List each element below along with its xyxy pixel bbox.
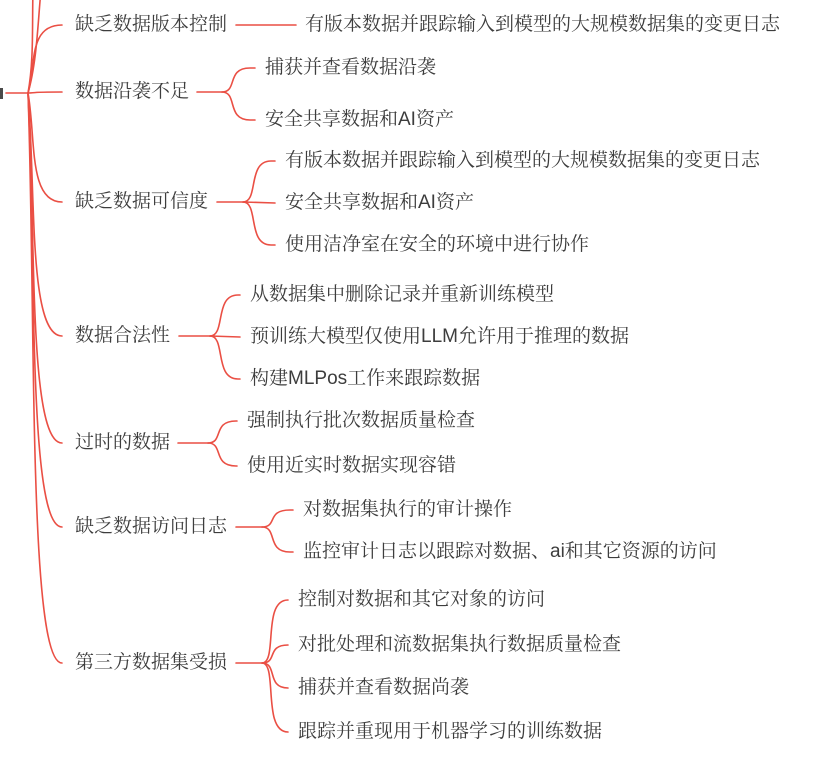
- subtopic[interactable]: 有版本数据并跟踪输入到模型的大规模数据集的变更日志: [285, 150, 760, 172]
- subtopic[interactable]: 使用洁净室在安全的环境中进行协作: [285, 234, 589, 256]
- subtopic[interactable]: 控制对数据和其它对象的访问: [298, 589, 545, 611]
- subtopic[interactable]: 从数据集中删除记录并重新训练模型: [250, 284, 554, 306]
- subtopic[interactable]: 捕获并查看数据尚袭: [298, 677, 469, 699]
- branch-topic-data-lineage[interactable]: 数据沿袭不足: [75, 81, 189, 103]
- subtopic[interactable]: 强制执行批次数据质量检查: [247, 410, 475, 432]
- subtopic[interactable]: 安全共享数据和AI资产: [285, 192, 474, 214]
- branch-topic-data-legality[interactable]: 数据合法性: [75, 325, 170, 347]
- subtopic[interactable]: 对批处理和流数据集执行数据质量检查: [298, 634, 621, 656]
- branch-5-connectors: [178, 421, 237, 466]
- branch-topic-third-party-dataset[interactable]: 第三方数据集受损: [75, 652, 227, 674]
- subtopic[interactable]: 构建MLPos工作来跟踪数据: [250, 368, 480, 390]
- subtopic[interactable]: 安全共享数据和AI资产: [265, 109, 454, 131]
- branch-7-connectors: [236, 600, 288, 732]
- branch-topic-data-version-control[interactable]: 缺乏数据版本控制: [75, 14, 227, 36]
- branch-topic-outdated-data[interactable]: 过时的数据: [75, 432, 170, 454]
- root-node-fragment[interactable]: [0, 88, 3, 99]
- subtopic[interactable]: 跟踪并重现用于机器学习的训练数据: [298, 721, 602, 743]
- subtopic[interactable]: 捕获并查看数据沿袭: [265, 57, 436, 79]
- root-bundle-connectors: [6, 0, 62, 663]
- subtopic[interactable]: 使用近实时数据实现容错: [247, 455, 456, 477]
- branch-2-connectors: [197, 68, 255, 120]
- subtopic[interactable]: 预训练大模型仅使用LLM允许用于推理的数据: [250, 326, 629, 348]
- branch-6-connectors: [236, 510, 293, 552]
- subtopic[interactable]: 对数据集执行的审计操作: [303, 499, 512, 521]
- subtopic[interactable]: 监控审计日志以跟踪对数据、ai和其它资源的访问: [303, 541, 717, 563]
- branch-4-connectors: [179, 295, 240, 379]
- branch-3-connectors: [217, 161, 275, 245]
- subtopic[interactable]: 有版本数据并跟踪输入到模型的大规模数据集的变更日志: [305, 14, 780, 36]
- branch-topic-data-access-logs[interactable]: 缺乏数据访问日志: [75, 516, 227, 538]
- branch-topic-data-credibility[interactable]: 缺乏数据可信度: [75, 191, 208, 213]
- mindmap-canvas: 缺乏数据版本控制 数据沿袭不足 缺乏数据可信度 数据合法性 过时的数据 缺乏数据…: [0, 0, 816, 762]
